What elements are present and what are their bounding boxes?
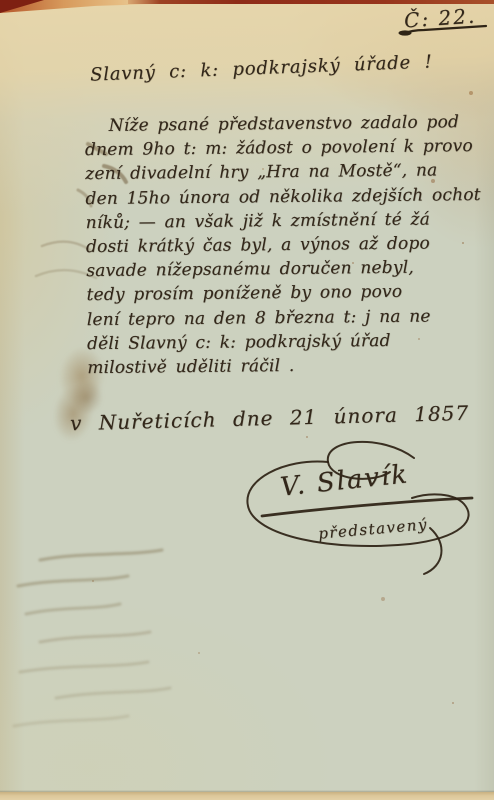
dateline: v Nuřeticích dne 21 února 1857: [70, 401, 470, 435]
body-line: dosti krátký čas byl, a výnos až dopo: [86, 231, 488, 259]
body-line: milostivě uděliti ráčil .: [87, 352, 489, 380]
manuscript-page: Č: 22. Slavný c: k: podkrajský úřade ! N…: [0, 0, 494, 800]
bleedthrough-marks-lower: [0, 538, 310, 748]
page-edge-bottom: [0, 792, 494, 800]
page-edge-top-red-line: [128, 0, 494, 4]
salutation-line: Slavný c: k: podkrajský úřade !: [90, 51, 433, 85]
foxing-specks: [0, 0, 2, 2]
body-line: lení tepro na den 8 března t: j na ne: [87, 304, 489, 332]
letter-body: Níže psané představenstvo zadalo pod dne…: [85, 110, 490, 380]
body-line: zení divadelní hry „Hra na Mostě“, na: [85, 158, 487, 186]
number-underline-stroke: [398, 24, 490, 40]
